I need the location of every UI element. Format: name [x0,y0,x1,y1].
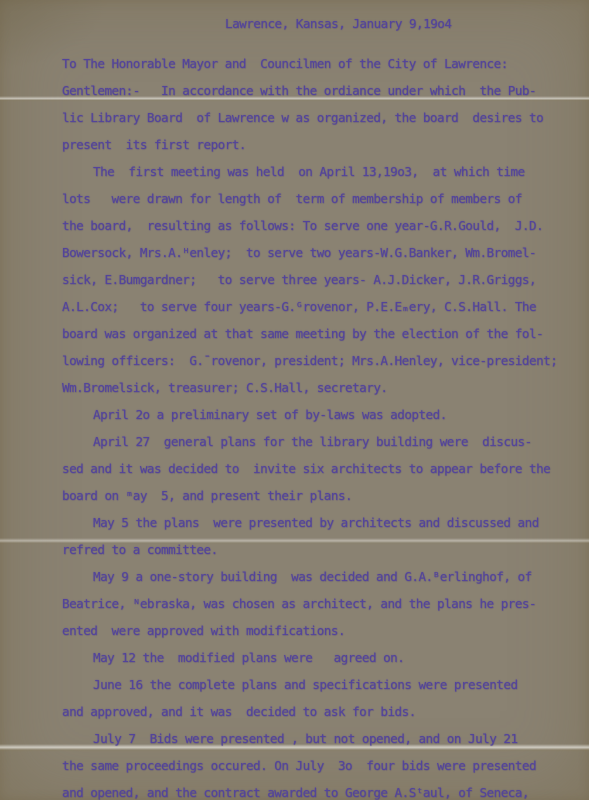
text-line: The first meeting was held on April 13,1… [62,158,575,185]
text-line: ented were approved with modifications. [62,617,575,644]
letter-content: Lawrence, Kansas, January 9,19o4 To The … [62,10,575,800]
text-line: and approved, and it was decided to ask … [62,698,575,725]
text-line: To The Honorable Mayor and Councilmen of… [62,50,575,77]
text-line: board was organized at that same meeting… [62,320,575,347]
letter-body: To The Honorable Mayor and Councilmen of… [62,50,575,800]
text-line: July 7 Bids were presented , but not ope… [62,725,575,752]
text-line: present its first report. [62,131,575,158]
text-line: Wm.Bromelsick, treasurer; C.S.Hall, secr… [62,374,575,401]
text-line: lic Library Board of Lawrence w as organ… [62,104,575,131]
dateline-spacer [62,37,575,50]
text-line: board on ᵐay 5, and present their plans. [62,482,575,509]
dateline: Lawrence, Kansas, January 9,19o4 [62,10,575,37]
text-line: April 27 general plans for the library b… [62,428,575,455]
text-line: sick, E.Bumgardner; to serve three years… [62,266,575,293]
text-line: the same proceedings occured. On July 3o… [62,752,575,779]
text-line: May 12 the modified plans were agreed on… [62,644,575,671]
text-line: and opened, and the contract awarded to … [62,779,575,800]
letter-page: Lawrence, Kansas, January 9,19o4 To The … [0,0,589,800]
text-line: May 5 the plans were presented by archit… [62,509,575,536]
text-line: May 9 a one-story building was decided a… [62,563,575,590]
text-line: the board, resulting as follows: To serv… [62,212,575,239]
text-line: lots were drawn for length of term of me… [62,185,575,212]
text-line: June 16 the complete plans and specifica… [62,671,575,698]
text-line: refred to a committee. [62,536,575,563]
text-line: Bowersock, Mrs.A.ᴴenley; to serve two ye… [62,239,575,266]
text-line: April 2o a preliminary set of by-laws wa… [62,401,575,428]
text-line: sed and it was decided to invite six arc… [62,455,575,482]
text-line: Gentlemen:- In accordance with the ordia… [62,77,575,104]
text-line: lowing officers: G.¯rovenor, president; … [62,347,575,374]
text-line: Beatrice, ᴺebraska, was chosen as archit… [62,590,575,617]
text-line: A.L.Cox; to serve four years-G.ᴳrovenor,… [62,293,575,320]
